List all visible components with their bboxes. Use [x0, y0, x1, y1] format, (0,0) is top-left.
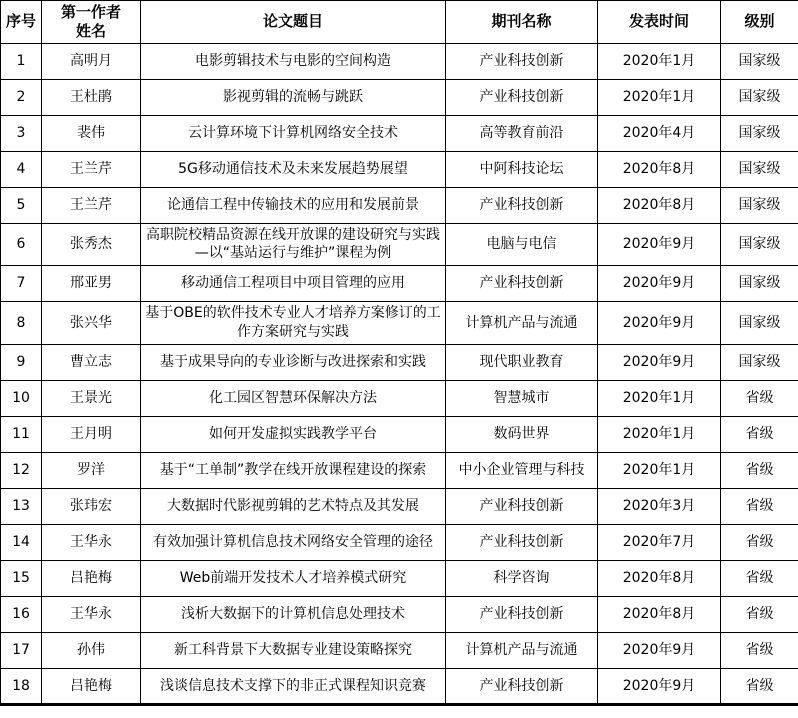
- cell-level: 国家级: [721, 79, 798, 115]
- cell-journal: 产业科技创新: [446, 525, 598, 561]
- cell-author: 孙伟: [42, 633, 141, 669]
- cell-journal: 中小企业管理与科技: [446, 453, 598, 489]
- cell-no: 7: [1, 266, 42, 302]
- cell-author: 张兴华: [42, 302, 141, 345]
- cell-author: 邢亚男: [42, 266, 141, 302]
- cell-no: 17: [1, 633, 42, 669]
- cell-author: 曹立志: [42, 345, 141, 381]
- cell-title: 基于OBE的软件技术专业人才培养方案修订的工作方案研究与实践: [141, 302, 446, 345]
- cell-title: 论通信工程中传输技术的应用和发展前景: [141, 187, 446, 223]
- cell-author: 裴伟: [42, 115, 141, 151]
- cell-journal: 产业科技创新: [446, 597, 598, 633]
- cell-title: 基于成果导向的专业诊断与改进探索和实践: [141, 345, 446, 381]
- cell-journal: 产业科技创新: [446, 489, 598, 525]
- cell-title: Web前端开发技术人才培养模式研究: [141, 561, 446, 597]
- cell-title: 如何开发虚拟实践教学平台: [141, 417, 446, 453]
- cell-date: 2020年1月: [598, 381, 721, 417]
- cell-date: 2020年8月: [598, 597, 721, 633]
- cell-no: 11: [1, 417, 42, 453]
- cell-title: 大数据时代影视剪辑的艺术特点及其发展: [141, 489, 446, 525]
- cell-date: 2020年3月: [598, 489, 721, 525]
- cell-level: 国家级: [721, 43, 798, 79]
- cell-journal: 产业科技创新: [446, 43, 598, 79]
- cell-level: 省级: [721, 597, 798, 633]
- cell-journal: 数码世界: [446, 417, 598, 453]
- cell-date: 2020年9月: [598, 633, 721, 669]
- table-row: 8 张兴华 基于OBE的软件技术专业人才培养方案修订的工作方案研究与实践 计算机…: [1, 302, 798, 345]
- table-row: 6 张秀杰 高职院校精品资源在线开放课的建设研究与实践—以“基站运行与维护”课程…: [1, 223, 798, 266]
- col-header-journal: 期刊名称: [446, 1, 598, 44]
- col-header-title: 论文题目: [141, 1, 446, 44]
- table-row: 12 罗洋 基于“工单制”教学在线开放课程建设的探索 中小企业管理与科技 202…: [1, 453, 798, 489]
- table-row: 9 曹立志 基于成果导向的专业诊断与改进探索和实践 现代职业教育 2020年9月…: [1, 345, 798, 381]
- header-row: 序号 第一作者 姓名 论文题目 期刊名称 发表时间 级别: [1, 1, 798, 44]
- cell-author: 高明月: [42, 43, 141, 79]
- cell-author: 吕艳梅: [42, 561, 141, 597]
- table-row: 2 王杜鹃 影视剪辑的流畅与跳跃 产业科技创新 2020年1月 国家级: [1, 79, 798, 115]
- cell-author: 王月明: [42, 417, 141, 453]
- cell-date: 2020年9月: [598, 223, 721, 266]
- cell-date: 2020年1月: [598, 453, 721, 489]
- cell-journal: 计算机产品与流通: [446, 302, 598, 345]
- cell-journal: 产业科技创新: [446, 669, 598, 705]
- table-row: 14 王华永 有效加强计算机信息技术网络安全管理的途径 产业科技创新 2020年…: [1, 525, 798, 561]
- cell-title: 影视剪辑的流畅与跳跃: [141, 79, 446, 115]
- cell-author: 吕艳梅: [42, 669, 141, 705]
- cell-author: 张秀杰: [42, 223, 141, 266]
- cell-date: 2020年9月: [598, 669, 721, 705]
- cell-level: 省级: [721, 561, 798, 597]
- cell-level: 省级: [721, 525, 798, 561]
- cell-no: 16: [1, 597, 42, 633]
- publications-table: 序号 第一作者 姓名 论文题目 期刊名称 发表时间 级别 1 高明月 电影剪辑技…: [0, 0, 798, 706]
- cell-journal: 高等教育前沿: [446, 115, 598, 151]
- cell-author: 张玮宏: [42, 489, 141, 525]
- table-header: 序号 第一作者 姓名 论文题目 期刊名称 发表时间 级别: [1, 1, 798, 44]
- table-row: 15 吕艳梅 Web前端开发技术人才培养模式研究 科学咨询 2020年8月 省级: [1, 561, 798, 597]
- table-row: 5 王兰芹 论通信工程中传输技术的应用和发展前景 产业科技创新 2020年8月 …: [1, 187, 798, 223]
- cell-level: 国家级: [721, 266, 798, 302]
- cell-title: 电影剪辑技术与电影的空间构造: [141, 43, 446, 79]
- cell-journal: 电脑与电信: [446, 223, 598, 266]
- cell-date: 2020年8月: [598, 151, 721, 187]
- table-row: 1 高明月 电影剪辑技术与电影的空间构造 产业科技创新 2020年1月 国家级: [1, 43, 798, 79]
- cell-no: 2: [1, 79, 42, 115]
- table-row: 10 王景光 化工园区智慧环保解决方法 智慧城市 2020年1月 省级: [1, 381, 798, 417]
- cell-no: 3: [1, 115, 42, 151]
- cell-author: 王兰芹: [42, 187, 141, 223]
- cell-journal: 智慧城市: [446, 381, 598, 417]
- cell-journal: 产业科技创新: [446, 266, 598, 302]
- cell-level: 省级: [721, 489, 798, 525]
- cell-journal: 现代职业教育: [446, 345, 598, 381]
- cell-date: 2020年9月: [598, 302, 721, 345]
- cell-level: 省级: [721, 417, 798, 453]
- cell-title: 浅析大数据下的计算机信息处理技术: [141, 597, 446, 633]
- cell-level: 省级: [721, 633, 798, 669]
- cell-journal: 产业科技创新: [446, 187, 598, 223]
- cell-journal: 产业科技创新: [446, 79, 598, 115]
- table-row: 13 张玮宏 大数据时代影视剪辑的艺术特点及其发展 产业科技创新 2020年3月…: [1, 489, 798, 525]
- cell-level: 省级: [721, 453, 798, 489]
- table-body: 1 高明月 电影剪辑技术与电影的空间构造 产业科技创新 2020年1月 国家级 …: [1, 43, 798, 705]
- table-row: 18 吕艳梅 浅谈信息技术支撑下的非正式课程知识竞赛 产业科技创新 2020年9…: [1, 669, 798, 705]
- table-row: 4 王兰芹 5G移动通信技术及未来发展趋势展望 中阿科技论坛 2020年8月 国…: [1, 151, 798, 187]
- table-row: 3 裴伟 云计算环境下计算机网络安全技术 高等教育前沿 2020年4月 国家级: [1, 115, 798, 151]
- cell-author: 王景光: [42, 381, 141, 417]
- cell-no: 5: [1, 187, 42, 223]
- cell-title: 化工园区智慧环保解决方法: [141, 381, 446, 417]
- cell-date: 2020年9月: [598, 345, 721, 381]
- cell-no: 6: [1, 223, 42, 266]
- cell-title: 有效加强计算机信息技术网络安全管理的途径: [141, 525, 446, 561]
- cell-level: 省级: [721, 381, 798, 417]
- table-row: 7 邢亚男 移动通信工程项目中项目管理的应用 产业科技创新 2020年9月 国家…: [1, 266, 798, 302]
- cell-date: 2020年7月: [598, 525, 721, 561]
- col-header-date: 发表时间: [598, 1, 721, 44]
- cell-date: 2020年9月: [598, 266, 721, 302]
- cell-level: 省级: [721, 669, 798, 705]
- cell-journal: 计算机产品与流通: [446, 633, 598, 669]
- col-header-level: 级别: [721, 1, 798, 44]
- cell-no: 10: [1, 381, 42, 417]
- table-row: 16 王华永 浅析大数据下的计算机信息处理技术 产业科技创新 2020年8月 省…: [1, 597, 798, 633]
- cell-level: 国家级: [721, 115, 798, 151]
- table-row: 11 王月明 如何开发虚拟实践教学平台 数码世界 2020年1月 省级: [1, 417, 798, 453]
- cell-journal: 科学咨询: [446, 561, 598, 597]
- col-header-author: 第一作者 姓名: [42, 1, 141, 44]
- cell-no: 14: [1, 525, 42, 561]
- cell-title: 高职院校精品资源在线开放课的建设研究与实践—以“基站运行与维护”课程为例: [141, 223, 446, 266]
- cell-title: 移动通信工程项目中项目管理的应用: [141, 266, 446, 302]
- cell-no: 9: [1, 345, 42, 381]
- cell-title: 新工科背景下大数据专业建设策略探究: [141, 633, 446, 669]
- cell-date: 2020年8月: [598, 561, 721, 597]
- cell-date: 2020年1月: [598, 43, 721, 79]
- cell-title: 浅谈信息技术支撑下的非正式课程知识竞赛: [141, 669, 446, 705]
- cell-journal: 中阿科技论坛: [446, 151, 598, 187]
- cell-author: 王兰芹: [42, 151, 141, 187]
- cell-title: 基于“工单制”教学在线开放课程建设的探索: [141, 453, 446, 489]
- cell-date: 2020年1月: [598, 79, 721, 115]
- cell-date: 2020年8月: [598, 187, 721, 223]
- cell-no: 13: [1, 489, 42, 525]
- cell-author: 王杜鹃: [42, 79, 141, 115]
- cell-level: 国家级: [721, 345, 798, 381]
- cell-no: 1: [1, 43, 42, 79]
- cell-no: 4: [1, 151, 42, 187]
- cell-no: 15: [1, 561, 42, 597]
- col-header-no: 序号: [1, 1, 42, 44]
- cell-date: 2020年4月: [598, 115, 721, 151]
- cell-level: 国家级: [721, 151, 798, 187]
- cell-no: 18: [1, 669, 42, 705]
- cell-level: 国家级: [721, 302, 798, 345]
- cell-author: 王华永: [42, 525, 141, 561]
- cell-date: 2020年1月: [598, 417, 721, 453]
- cell-no: 12: [1, 453, 42, 489]
- table-row: 17 孙伟 新工科背景下大数据专业建设策略探究 计算机产品与流通 2020年9月…: [1, 633, 798, 669]
- cell-author: 王华永: [42, 597, 141, 633]
- cell-title: 云计算环境下计算机网络安全技术: [141, 115, 446, 151]
- cell-title: 5G移动通信技术及未来发展趋势展望: [141, 151, 446, 187]
- cell-level: 国家级: [721, 223, 798, 266]
- cell-no: 8: [1, 302, 42, 345]
- cell-author: 罗洋: [42, 453, 141, 489]
- cell-level: 国家级: [721, 187, 798, 223]
